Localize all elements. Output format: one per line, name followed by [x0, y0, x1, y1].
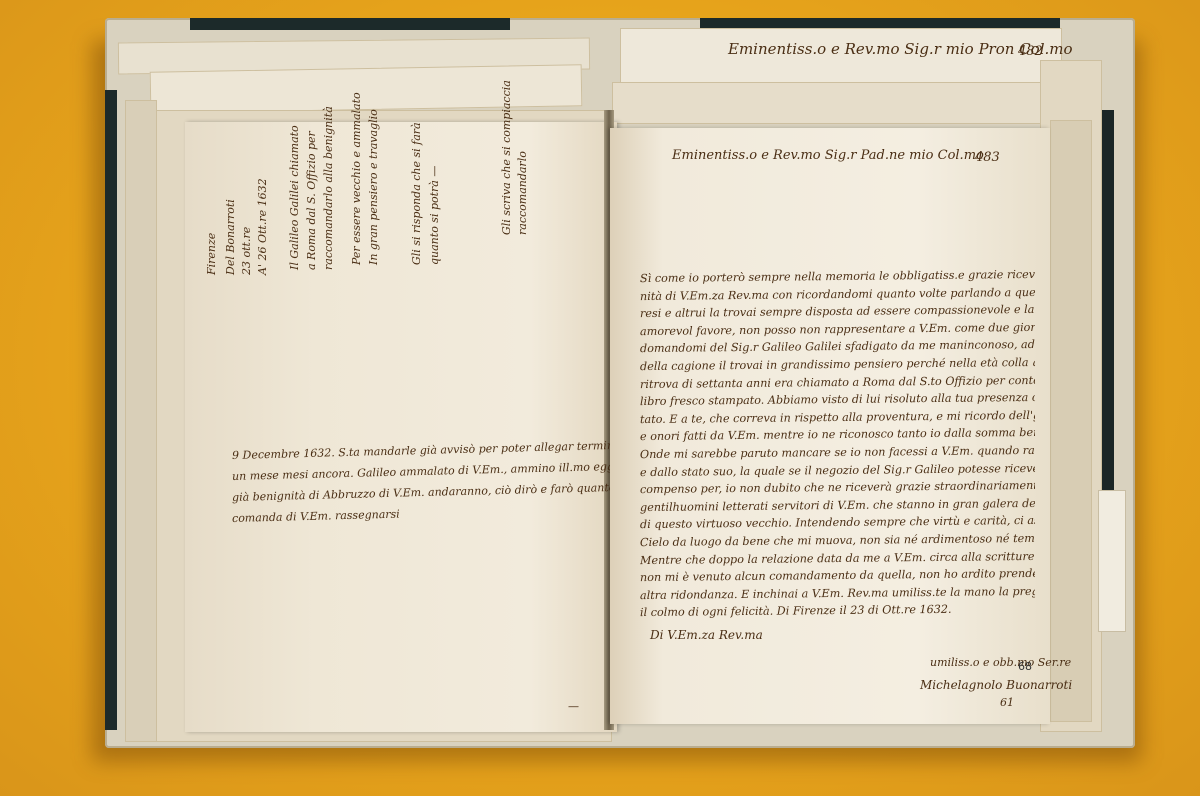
- docket-line: Per essere vecchio e ammalato: [350, 92, 363, 265]
- left-page-bottom-mark: —: [568, 700, 579, 713]
- stacked-sheet: [612, 82, 1044, 124]
- binding-band-right: [700, 18, 1060, 28]
- letter-page-number: 61: [1000, 696, 1014, 709]
- docket-line: Gli si risponda che si farà: [410, 122, 423, 265]
- binding-band-left: [190, 18, 510, 30]
- stacked-sheet-edge: [1050, 120, 1092, 722]
- docket-line: Il Galileo Galilei chiamato: [288, 125, 301, 270]
- docket-line: In gran pensiero e travaglio: [367, 109, 380, 265]
- docket-line: a Roma dal S. Offizio per: [305, 131, 318, 270]
- docket-line: A' 26 Ott.re 1632: [256, 178, 269, 275]
- letter-line: il colmo di ogni felicità. Di Firenze il…: [640, 600, 1035, 622]
- letter-closing-line: umiliss.o e obb.mo Ser.re: [930, 656, 1071, 669]
- letter-body: Sì come io porterò sempre nella memoria …: [640, 268, 1035, 620]
- docket-line: 23 ott.re: [240, 227, 253, 275]
- archive-stamp-number: 68: [1018, 660, 1032, 673]
- binding-edge-left: [105, 90, 117, 730]
- left-page-note: 9 Decembre 1632. S.ta mandarle già avvis…: [232, 440, 612, 524]
- letter-salutation: Di V.Em.za Rev.ma: [650, 628, 763, 642]
- docket-line: Firenze: [205, 233, 218, 275]
- letter-heading: Eminentiss.o e Rev.mo Sig.r Pad.ne mio C…: [672, 148, 984, 163]
- docket-line: Gli scriva che si compiaccia: [500, 80, 513, 235]
- docket-line: Del Bonarroti: [224, 199, 237, 275]
- paper-tab: [1098, 490, 1126, 632]
- docket-line: raccomandarlo: [516, 151, 529, 235]
- docket-line: raccomandarlo alla benignità: [322, 106, 335, 270]
- letter-signature: Michelagnolo Buonarroti: [920, 678, 1072, 692]
- stacked-sheet: [150, 64, 583, 114]
- stacked-sheet-edge: [125, 100, 157, 742]
- left-page: [185, 122, 617, 732]
- back-page: [620, 28, 1062, 90]
- letter-folio-number: 483: [975, 150, 1000, 165]
- docket-line: quanto si potrà —: [428, 166, 441, 265]
- back-page-folio-number: 482: [1018, 44, 1043, 59]
